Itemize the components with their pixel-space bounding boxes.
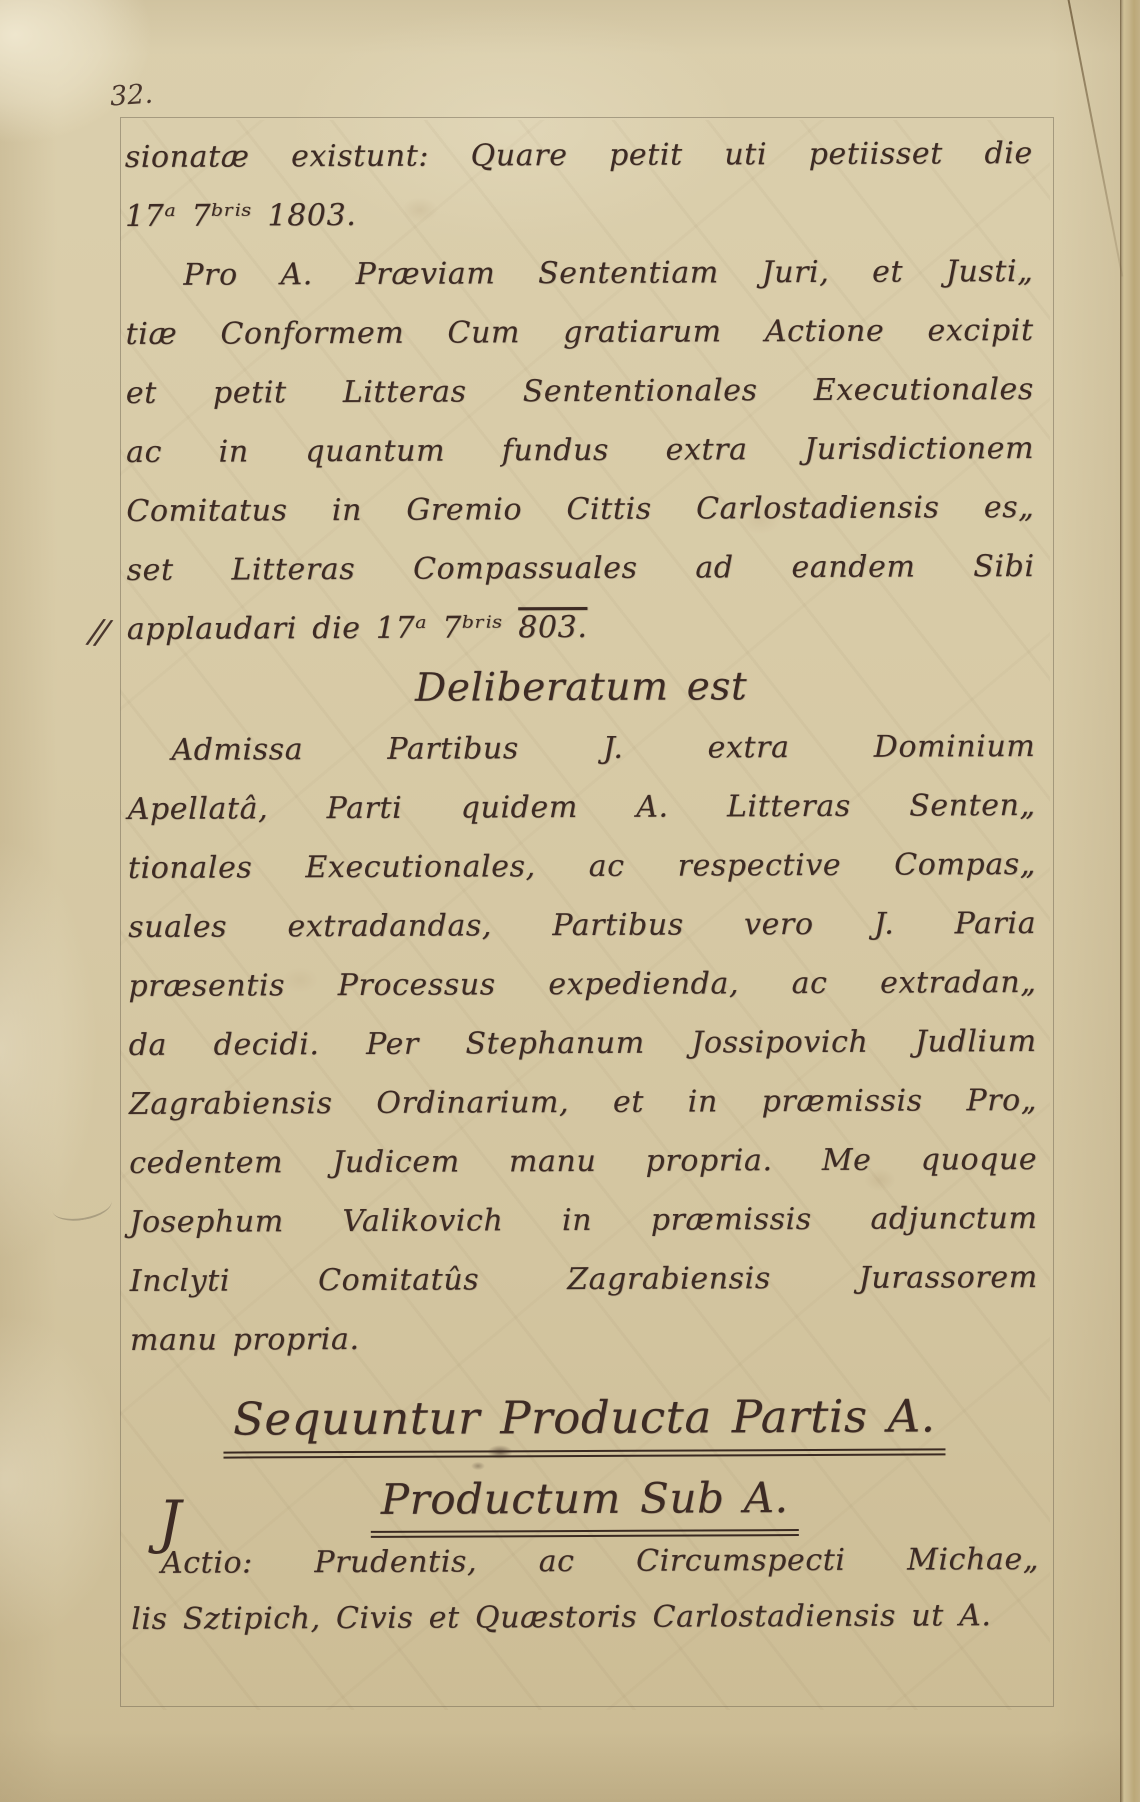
manuscript-line: cedentem Judicem manu propria. Me quoque	[129, 1130, 1037, 1193]
producta-heading-text: Sequuntur Producta Partis A.	[223, 1386, 946, 1458]
manuscript-line-date: 17ᵃ 7ᵇʳⁱˢ 1803.	[125, 183, 1033, 246]
deliberatum-heading: Deliberatum est	[127, 655, 1035, 721]
manuscript-line: manu propria.	[130, 1307, 1038, 1370]
manuscript-line: da decidi. Per Stephanum Jossipovich Jud…	[129, 1012, 1037, 1075]
manuscript-line: lis Sztipich, Civis et Quæstoris Carlost…	[131, 1588, 1039, 1648]
manuscript-line: Josephum Valikovich in præmissis adjunct…	[129, 1189, 1037, 1252]
book-page-edge	[1120, 0, 1140, 1802]
manuscript-line: Actio: Prudentis, ac Circumspecti Michae…	[131, 1532, 1039, 1592]
date-text: applaudari die 17ᵃ 7ᵇʳⁱˢ	[127, 610, 519, 647]
page-edge-crease	[1066, 0, 1123, 277]
manuscript-line-date: applaudari die 17ᵃ 7ᵇʳⁱˢ 803.	[127, 596, 1035, 659]
manuscript-line: suales extradandas, Partibus vero J. Par…	[128, 894, 1036, 957]
manuscript-line: Admissa Partibus J. extra Dominium	[127, 717, 1035, 780]
manuscript-line: set Litteras Compassuales ad eandem Sibi	[126, 537, 1034, 600]
productum-heading-text: Productum Sub A.	[371, 1469, 799, 1538]
manuscript-line: Apellatâ, Parti quidem A. Litteras Sente…	[128, 776, 1036, 839]
manuscript-line: Inclyti Comitatûs Zagrabiensis Jurassore…	[130, 1248, 1038, 1311]
manuscript-line: Comitatus in Gremio Cittis Carlostadiens…	[126, 478, 1034, 541]
margin-mark: //	[87, 611, 107, 653]
manuscript-line: sionatæ existunt: Quare petit uti petiis…	[125, 124, 1033, 187]
page-number: 32.	[109, 79, 154, 113]
manuscript-line: Zagrabiensis Ordinarium, et in præmissis…	[129, 1071, 1037, 1134]
producta-heading: Sequuntur Producta Partis A.	[130, 1386, 1038, 1456]
manuscript-line: tiæ Conformem Cum gratiarum Actione exci…	[125, 301, 1033, 364]
manuscript-page: 32. // J sionatæ existunt: Quare petit u…	[0, 0, 1140, 1802]
manuscript-line: tionales Executionales, ac respective Co…	[128, 835, 1036, 898]
manuscript-line: et petit Litteras Sententionales Executi…	[126, 360, 1034, 423]
manuscript-text: sionatæ existunt: Quare petit uti petiis…	[125, 124, 1040, 1648]
manuscript-line: Pro A. Præviam Sententiam Juri, et Justi…	[125, 242, 1033, 305]
manuscript-line: ac in quantum fundus extra Jurisdictione…	[126, 419, 1034, 482]
overlined-year: 803.	[518, 610, 587, 645]
manuscript-line: præsentis Processus expedienda, ac extra…	[128, 953, 1036, 1016]
productum-heading: Productum Sub A.	[131, 1468, 1039, 1536]
pencil-scribble-mark	[50, 1187, 114, 1225]
